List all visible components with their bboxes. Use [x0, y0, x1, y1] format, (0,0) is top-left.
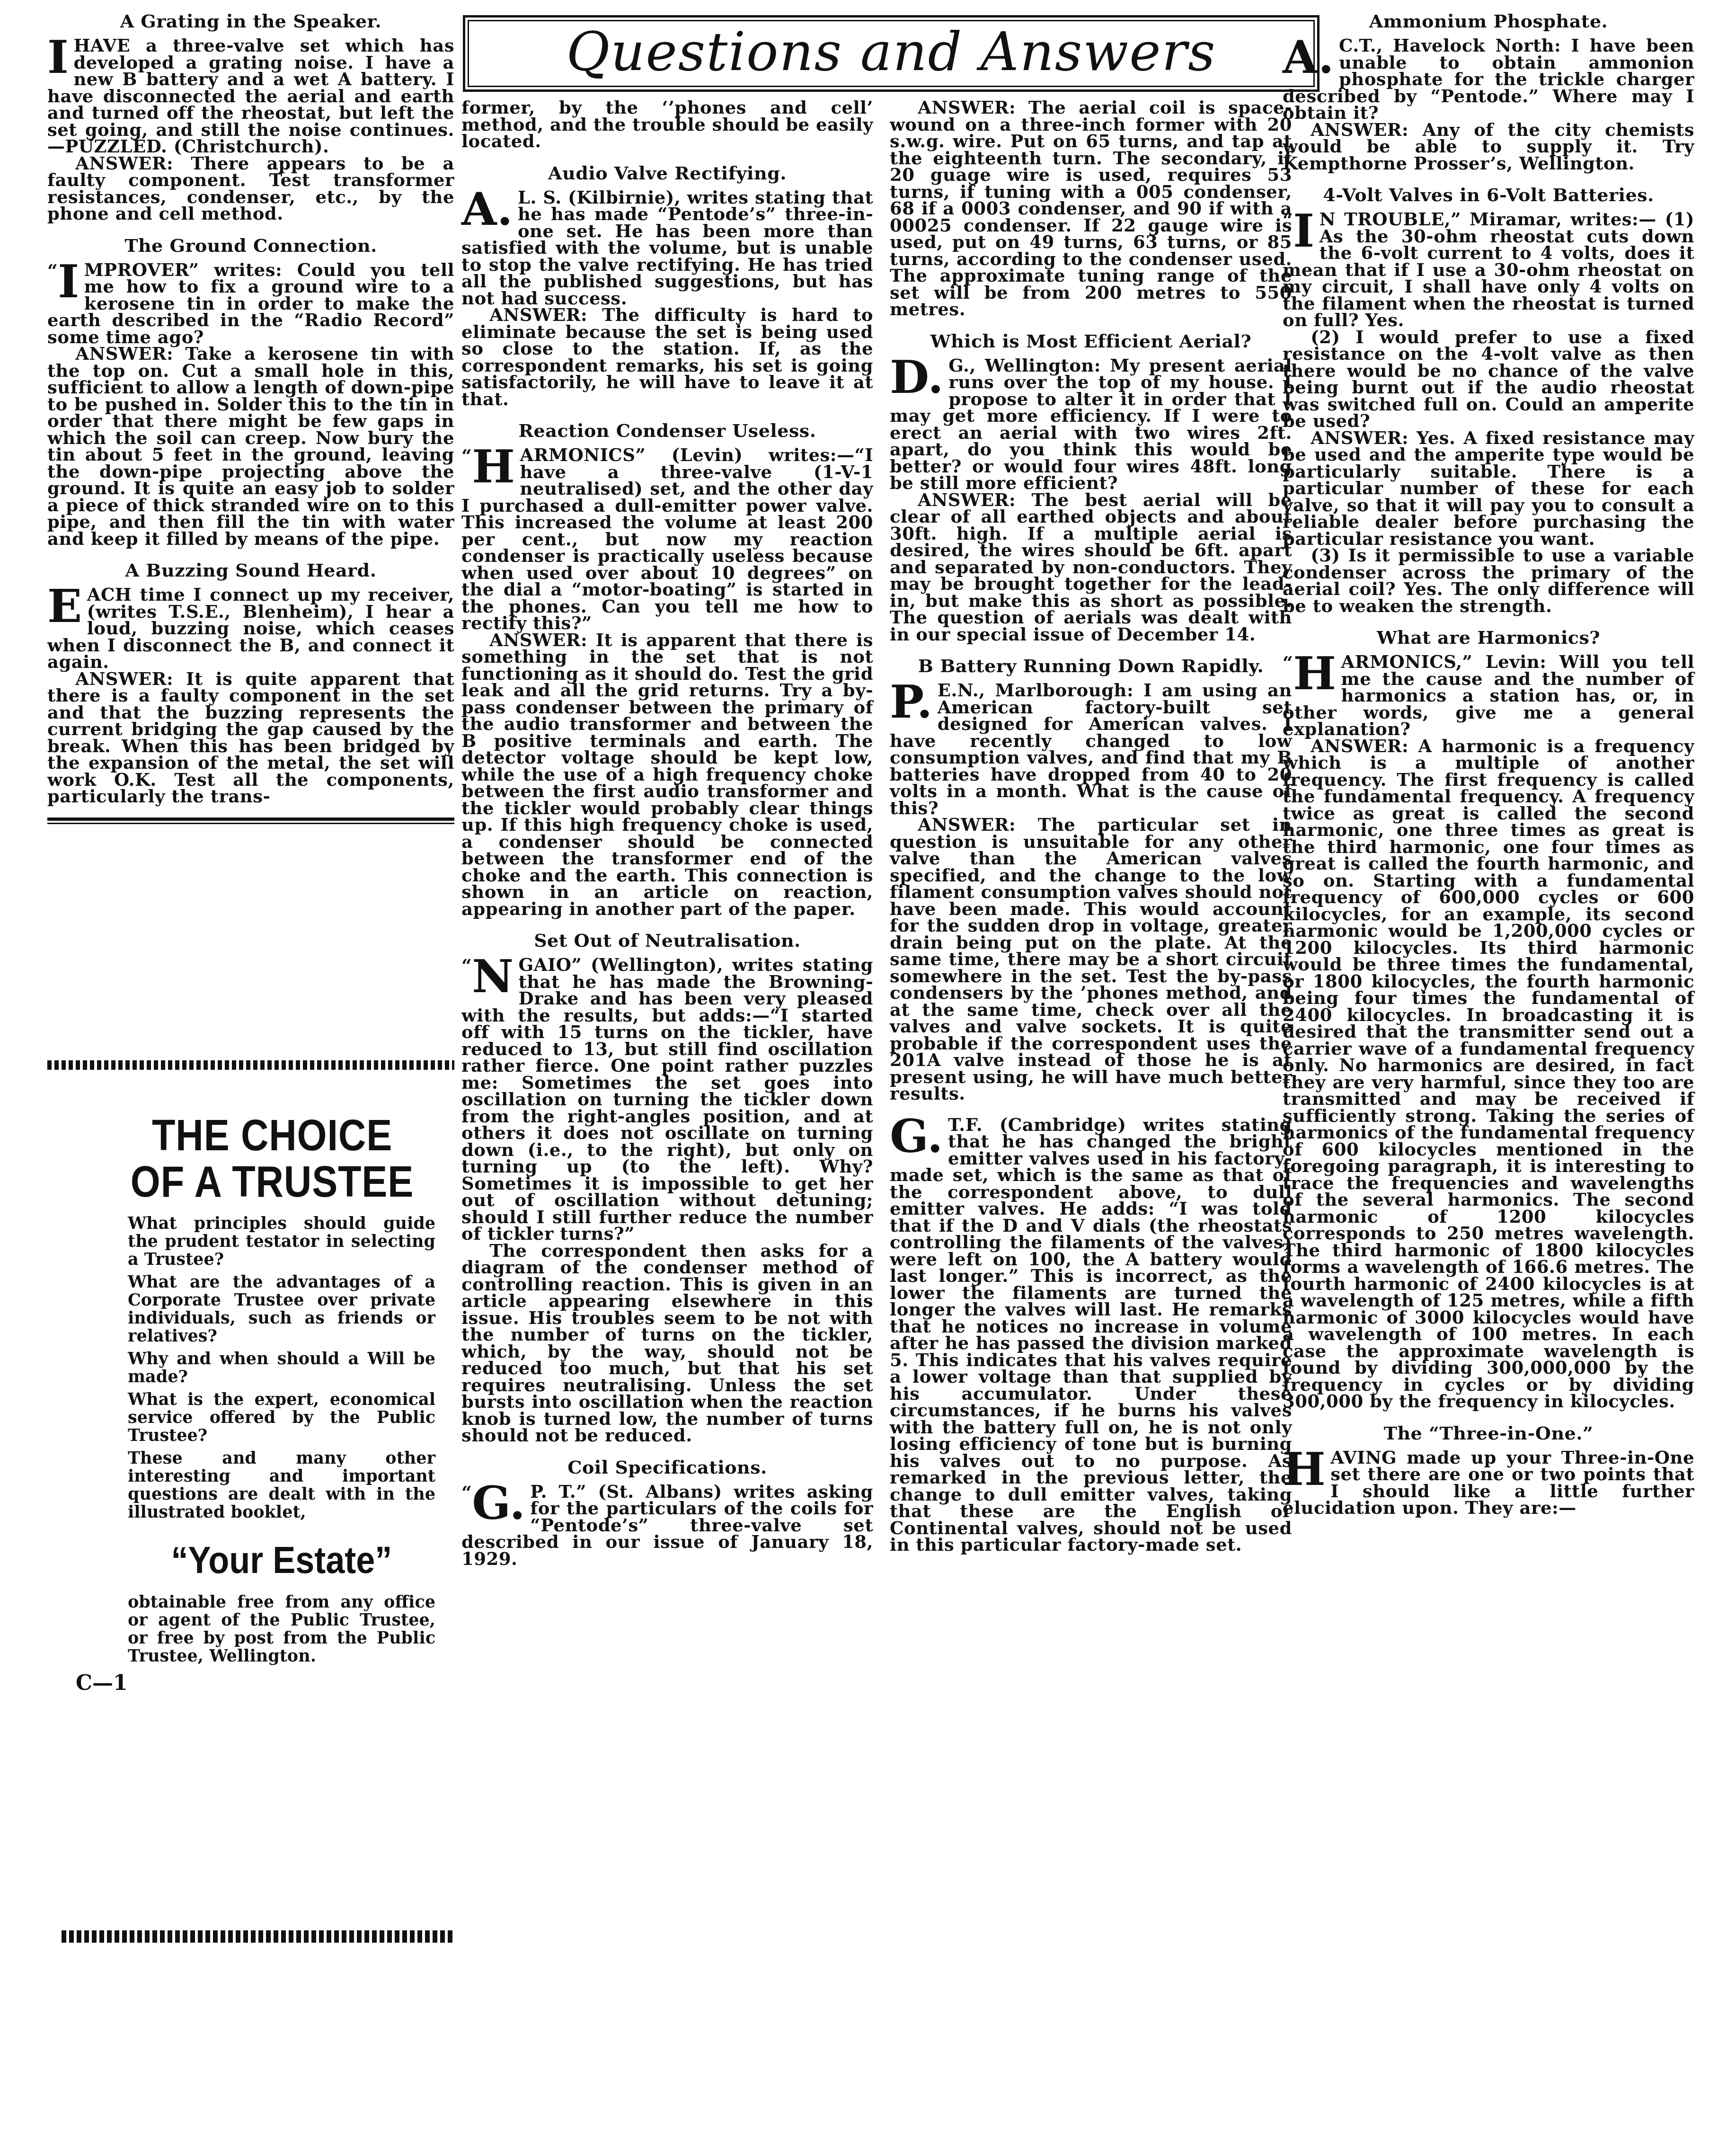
ad-code: C—1 [76, 1671, 454, 1695]
drop-cap: E [47, 587, 82, 625]
article-heading: Ammonium Phosphate. [1283, 10, 1694, 32]
divider-dashed-bottom [62, 1930, 454, 1943]
article-4-volt: 4-Volt Valves in 6-Volt Batteries. “IN T… [1283, 184, 1694, 614]
question-text: MPROVER” writes: Could you tell me how t… [47, 259, 454, 347]
answer-text: ANSWER: It is apparent that there is som… [461, 632, 873, 918]
article-ground: The Ground Connection. “IMPROVER” writes… [47, 235, 454, 548]
page-title: Questions and Answers [465, 21, 1317, 83]
column-3: ANSWER: The aerial coil is space-wound o… [890, 99, 1292, 1566]
answer-text: ANSWER: The best aerial will be clear of… [890, 492, 1292, 643]
quote-mark: “ [1283, 211, 1293, 229]
answer-text: The correspondent then asks for a diagra… [461, 1243, 873, 1444]
column-2: former, by the ‘’phones and cell’ method… [461, 99, 873, 1580]
answer-text: ANSWER: Any of the city chemists would b… [1283, 122, 1694, 172]
ad-question: What is the expert, economical service o… [128, 1391, 435, 1445]
drop-cap: H [472, 448, 515, 486]
ad-footer: obtainable free from any office or agent… [128, 1593, 435, 1665]
article-b-battery: B Battery Running Down Rapidly. P.E.N., … [890, 655, 1292, 1102]
ad-headline-line-1: THE CHOICE [112, 1112, 433, 1159]
ad-headline-line-2: OF A TRUSTEE [112, 1159, 433, 1205]
masthead-box: Questions and Answers [463, 15, 1320, 92]
ad-booklet-title: “Your Estate” [143, 1538, 420, 1582]
question-text: ARMONICS” (Levin) writes:—“I have a thre… [461, 444, 873, 633]
drop-cap: H [1283, 1450, 1326, 1488]
question-text: AVING made up your Three-in-One set ther… [1283, 1447, 1694, 1519]
drop-cap: H [1293, 655, 1336, 693]
quote-mark: “ [461, 1484, 472, 1501]
question-text: C.T., Havelock North: I have been unable… [1283, 35, 1694, 123]
article-heading: What are Harmonics? [1283, 627, 1694, 648]
drop-cap: P. [890, 683, 933, 721]
article-heading: Coil Specifications. [461, 1457, 873, 1478]
advertisement-public-trustee: THE CHOICE OF A TRUSTEE What principles … [47, 1060, 454, 1695]
ad-question: What principles should guide the prudent… [128, 1215, 435, 1269]
article-efficient-aerial: Which is Most Efficient Aerial? D.G., We… [890, 330, 1292, 643]
article-buzzing: A Buzzing Sound Heard. EACH time I conne… [47, 560, 454, 805]
article-gtf-cambridge: G.T.F. (Cambridge) writes stating that h… [890, 1117, 1292, 1554]
question-text: N TROUBLE,” Miramar, writes:— (1) As the… [1283, 209, 1694, 330]
quote-mark: “ [461, 957, 472, 975]
column-4: Ammonium Phosphate. A.C.T., Havelock Nor… [1283, 0, 1694, 1529]
question-text: T.F. (Cambridge) writes stating that he … [890, 1114, 1292, 1555]
article-reaction-condenser: Reaction Condenser Useless. “HARMONICS” … [461, 420, 873, 917]
question-text: ACH time I connect up my receiver, (writ… [47, 584, 454, 672]
article-audio-valve: Audio Valve Rectifying. A.L. S. (Kilbirn… [461, 162, 873, 408]
article-neutralisation: Set Out of Neutralisation. “NGAIO” (Well… [461, 930, 873, 1444]
article-heading: The “Three-in-One.” [1283, 1422, 1694, 1444]
drop-cap: N [472, 958, 514, 995]
question-text: E.N., Marlborough: I am using an America… [890, 680, 1292, 818]
divider-dashed [47, 1060, 454, 1070]
answer-text: ANSWER: Take a kerosene tin with the top… [47, 346, 454, 547]
question-text-3: (3) Is it permissible to use a variable … [1283, 547, 1694, 614]
ad-question: What are the advantages of a Corporate T… [128, 1273, 435, 1345]
question-text: ARMONICS,” Levin: Will you tell me the c… [1283, 651, 1694, 739]
article-heading: B Battery Running Down Rapidly. [890, 655, 1292, 676]
answer-text: ANSWER: There appears to be a faulty com… [47, 155, 454, 222]
quote-mark: “ [461, 447, 472, 465]
quote-mark: “ [1283, 654, 1293, 672]
article-coil-specs: Coil Specifications. “G.P. T.” (St. Alba… [461, 1457, 873, 1568]
article-three-in-one: The “Three-in-One.” HAVING made up your … [1283, 1422, 1694, 1517]
divider-rule [47, 817, 454, 824]
continued-answer: ANSWER: The aerial coil is space-wound o… [890, 99, 1292, 318]
continued-text: former, by the ‘’phones and cell’ method… [461, 99, 873, 150]
answer-text: ANSWER: The difficulty is hard to elimin… [461, 307, 873, 408]
drop-cap: I [1293, 212, 1314, 250]
article-grating: A Grating in the Speaker. IHAVE a three-… [47, 10, 454, 222]
question-text: L. S. (Kilbirnie), writes stating that h… [461, 187, 873, 309]
answer-text: ANSWER: Yes. A fixed resistance may be u… [1283, 430, 1694, 548]
article-heading: Audio Valve Rectifying. [461, 162, 873, 184]
drop-cap: D. [890, 358, 944, 396]
article-heading: A Grating in the Speaker. [47, 10, 454, 32]
answer-text: ANSWER: It is quite apparent that there … [47, 671, 454, 805]
article-heading: 4-Volt Valves in 6-Volt Batteries. [1283, 184, 1694, 205]
quote-mark: “ [47, 262, 58, 280]
question-text: GAIO” (Wellington), writes stating that … [461, 954, 873, 1244]
ad-question: Why and when should a Will be made? [128, 1350, 435, 1386]
article-harmonics: What are Harmonics? “HARMONICS,” Levin: … [1283, 627, 1694, 1410]
ad-question: These and many other interesting and imp… [128, 1449, 435, 1521]
article-heading: The Ground Connection. [47, 235, 454, 256]
drop-cap: A. [461, 190, 513, 228]
question-text-2: (2) I would prefer to use a fixed resist… [1283, 329, 1694, 430]
article-heading: Set Out of Neutralisation. [461, 930, 873, 951]
drop-cap: G. [890, 1118, 943, 1155]
question-text: HAVE a three-valve set which has develop… [47, 35, 454, 157]
column-1: A Grating in the Speaker. IHAVE a three-… [47, 0, 454, 824]
answer-text: ANSWER: The particular set in question i… [890, 817, 1292, 1102]
drop-cap: G. [472, 1484, 525, 1522]
ad-headline: THE CHOICE OF A TRUSTEE [112, 1112, 433, 1205]
drop-cap: A. [1283, 38, 1334, 76]
article-heading: Which is Most Efficient Aerial? [890, 330, 1292, 352]
question-text: G., Wellington: My present aerial runs o… [890, 355, 1292, 494]
answer-text: ANSWER: A harmonic is a frequency which … [1283, 738, 1694, 1410]
article-heading: Reaction Condenser Useless. [461, 420, 873, 441]
ad-body: What principles should guide the prudent… [128, 1215, 435, 1665]
drop-cap: I [58, 263, 79, 301]
article-heading: A Buzzing Sound Heard. [47, 560, 454, 581]
drop-cap: I [47, 38, 69, 76]
article-ammonium: Ammonium Phosphate. A.C.T., Havelock Nor… [1283, 10, 1694, 172]
